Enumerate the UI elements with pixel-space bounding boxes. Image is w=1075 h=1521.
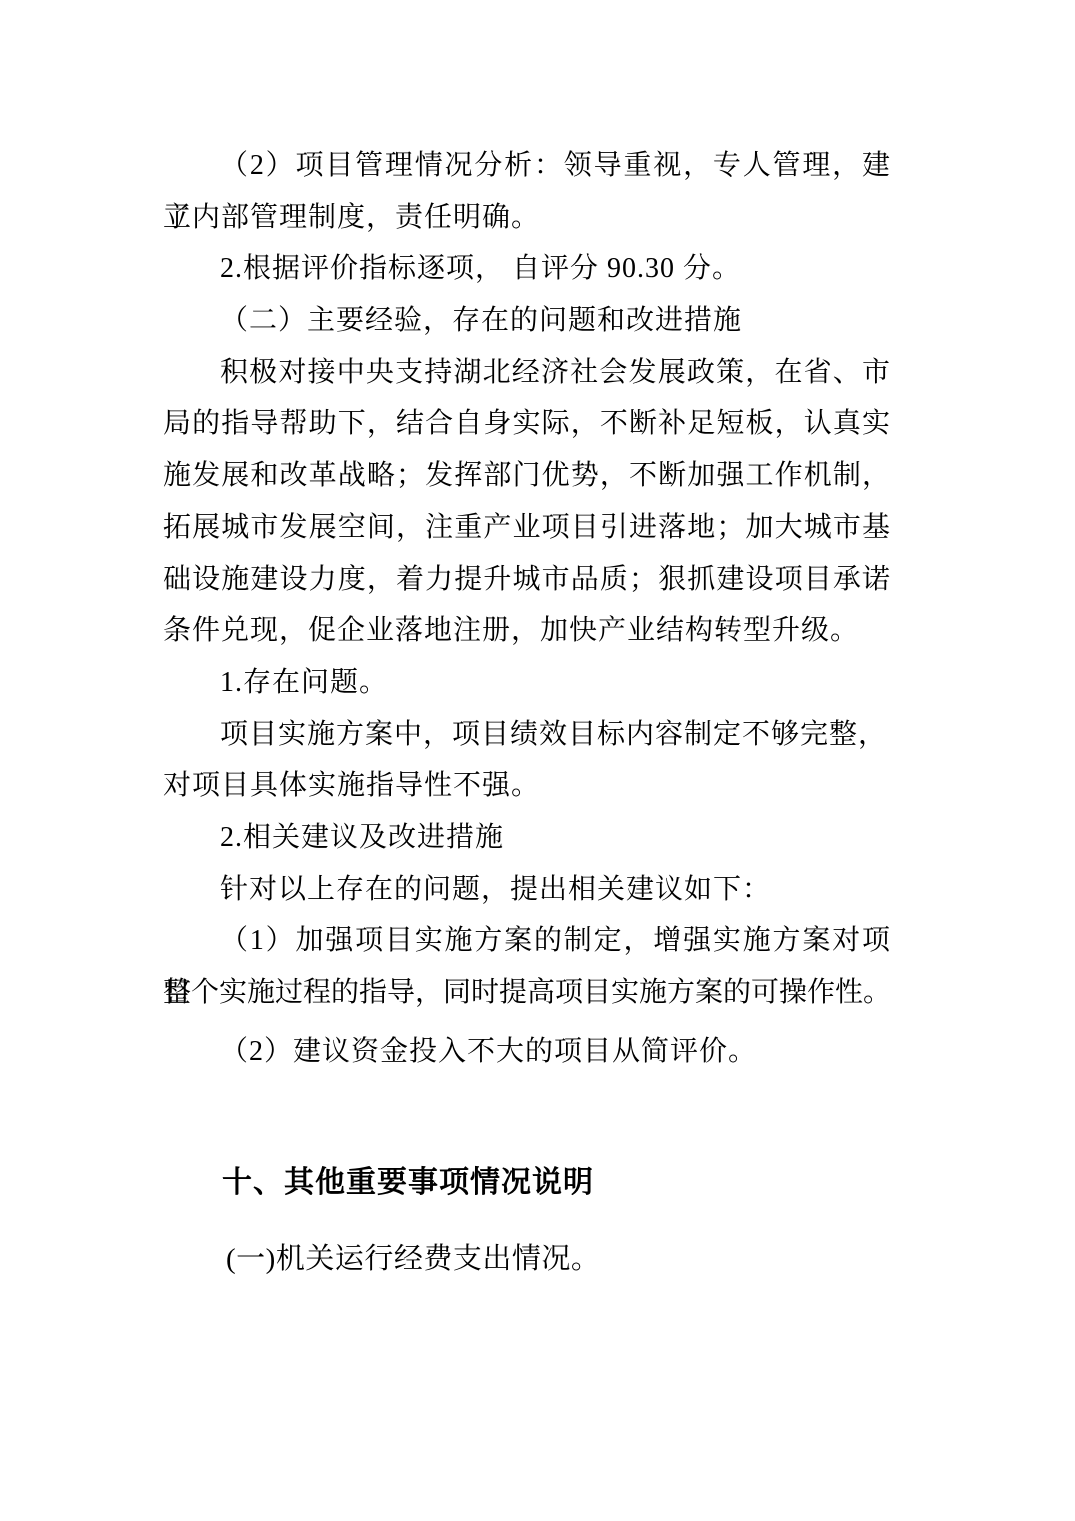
body-line: 针对以上存在的问题，提出相关建议如下： <box>163 864 891 916</box>
body-line: 拓展城市发展空间，注重产业项目引进落地；加大城市基 <box>163 502 891 554</box>
body-line: （2）项目管理情况分析：领导重视，专人管理，建立 <box>163 140 891 192</box>
body-line: 条件兑现，促企业落地注册，加快产业结构转型升级。 <box>163 605 891 657</box>
closing-line: (一)机关运行经费支出情况。 <box>163 1233 891 1285</box>
body-line: （二）主要经验，存在的问题和改进措施 <box>163 295 891 347</box>
body-line: （1）加强项目实施方案的制定，增强实施方案对项目 <box>163 915 891 967</box>
body-line: 1.存在问题。 <box>163 657 891 709</box>
body-line: 础设施建设力度，着力提升城市品质；狠抓建设项目承诺 <box>163 554 891 606</box>
document-page: （2）项目管理情况分析：领导重视，专人管理，建立 了内部管理制度，责任明确。 2… <box>0 0 1075 1521</box>
document-text-block: （2）项目管理情况分析：领导重视，专人管理，建立 了内部管理制度，责任明确。 2… <box>163 140 891 1285</box>
body-line: 了内部管理制度，责任明确。 <box>163 192 891 244</box>
body-line: （2）建议资金投入不大的项目从简评价。 <box>163 1026 891 1078</box>
body-line: 项目实施方案中，项目绩效目标内容制定不够完整， <box>163 709 891 761</box>
body-line: 局的指导帮助下，结合自身实际，不断补足短板，认真实 <box>163 398 891 450</box>
section-heading: 十、其他重要事项情况说明 <box>163 1157 891 1209</box>
body-line: 整个实施过程的指导，同时提高项目实施方案的可操作性。 <box>163 967 891 1019</box>
body-line: 施发展和改革战略；发挥部门优势，不断加强工作机制， <box>163 450 891 502</box>
body-line: 积极对接中央支持湖北经济社会发展政策，在省、市 <box>163 347 891 399</box>
body-line: 对项目具体实施指导性不强。 <box>163 760 891 812</box>
body-line: 2.根据评价指标逐项， 自评分 90.30 分。 <box>163 243 891 295</box>
body-line: 2.相关建议及改进措施 <box>163 812 891 864</box>
